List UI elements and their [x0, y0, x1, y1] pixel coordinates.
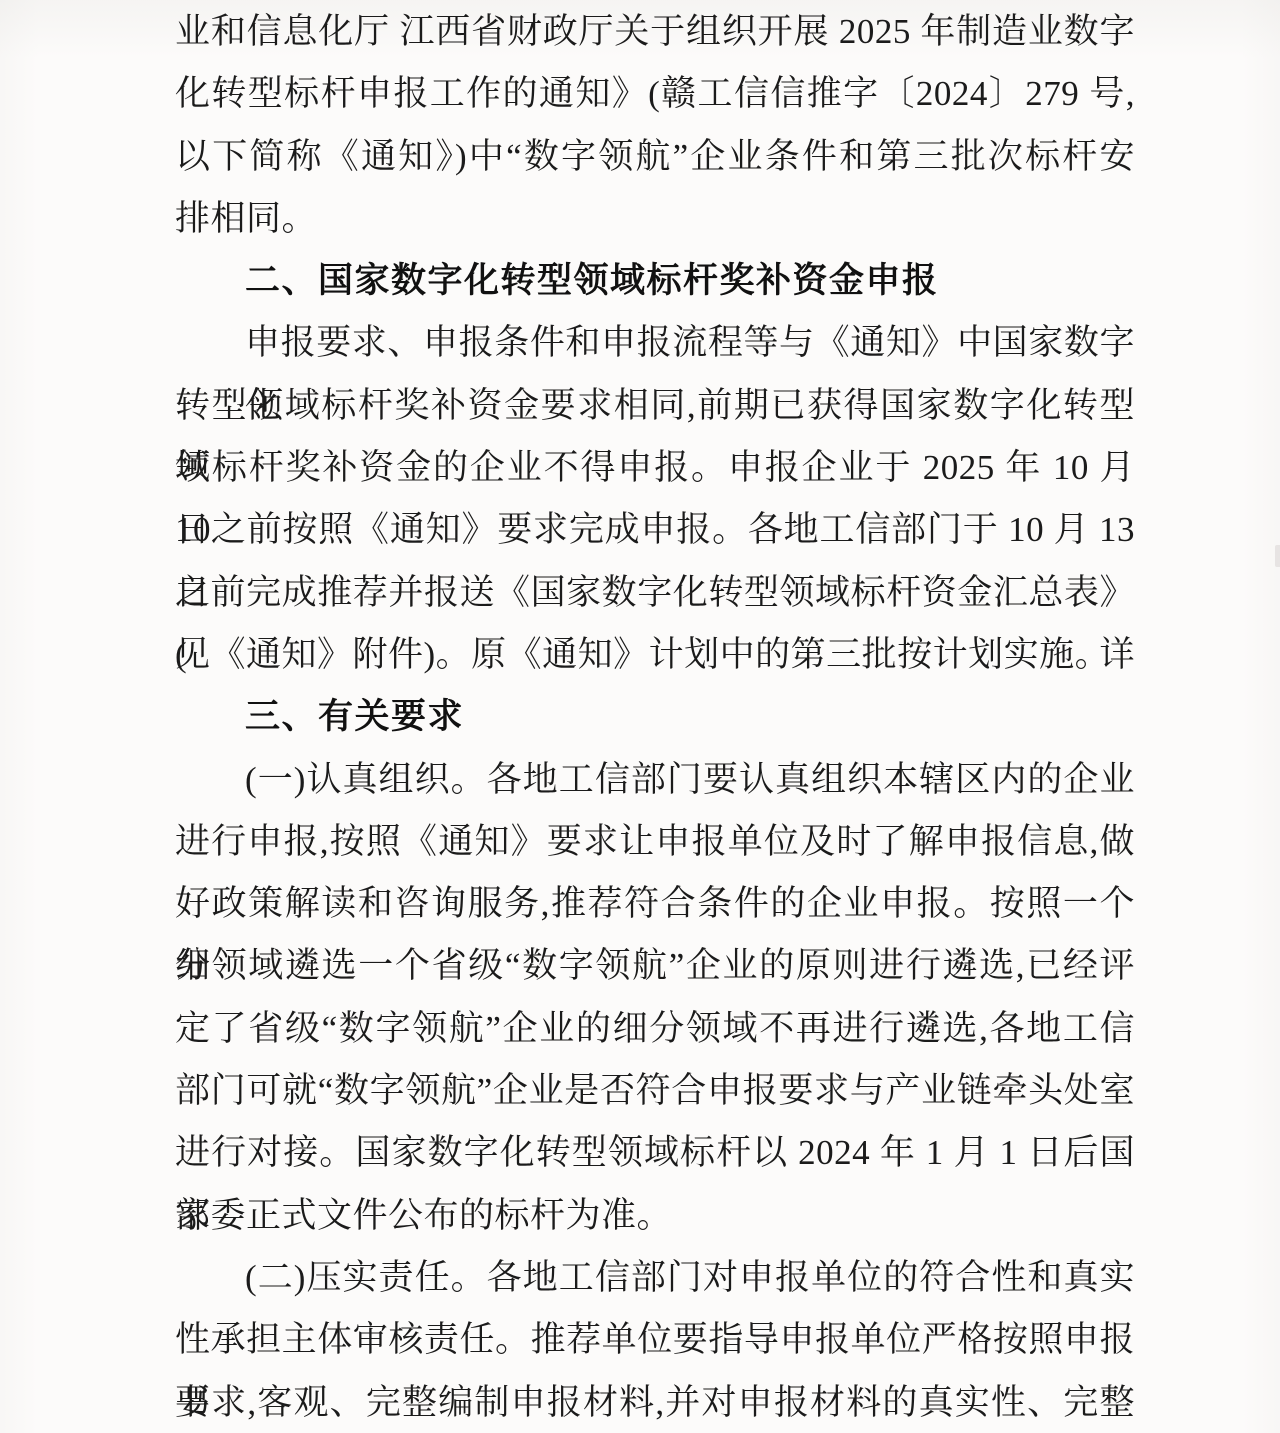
section-3: 三、有关要求 (一)认真组织。各地工信部门要认真组织本辖区内的企业 进行申报,按… [175, 686, 1135, 1433]
text-line: 性承担主体审核责任。推荐单位要指导申报单位严格按照申报书 [175, 1309, 1135, 1371]
text-line: (一)认真组织。各地工信部门要认真组织本辖区内的企业 [175, 749, 1135, 811]
text-line: 见《通知》附件)。原《通知》计划中的第三批按计划实施。 [175, 624, 1135, 686]
text-line: 分领域遴选一个省级“数字领航”企业的原则进行遴选,已经评 [175, 935, 1135, 997]
section-heading-2: 二、国家数字化转型领域标杆奖补资金申报 [175, 250, 1135, 312]
text-line: 之前完成推荐并报送《国家数字化转型领域标杆资金汇总表》(详 [175, 562, 1135, 624]
text-line: 日之前按照《通知》要求完成申报。各地工信部门于 10 月 13 日 [175, 499, 1135, 561]
text-line: (二)压实责任。各地工信部门对申报单位的符合性和真实 [175, 1247, 1135, 1309]
text-line: 进行申报,按照《通知》要求让申报单位及时了解申报信息,做 [175, 811, 1135, 873]
text-line: 定了省级“数字领航”企业的细分领域不再进行遴选,各地工信 [175, 998, 1135, 1060]
text-line: 业和信息化厅 江西省财政厅关于组织开展 2025 年制造业数字 [175, 1, 1135, 63]
document-page: 业和信息化厅 江西省财政厅关于组织开展 2025 年制造业数字 化转型标杆申报工… [0, 0, 1280, 1433]
text-line: 转型领域标杆奖补资金要求相同,前期已获得国家数字化转型领 [175, 375, 1135, 437]
text-line: 部门可就“数字领航”企业是否符合申报要求与产业链牵头处室 [175, 1060, 1135, 1122]
text-line: 以下简称《通知》)中“数字领航”企业条件和第三批次标杆安 [175, 126, 1135, 188]
text-line: 域标杆奖补资金的企业不得申报。申报企业于 2025 年 10 月 10 [175, 437, 1135, 499]
text-line: 部委正式文件公布的标杆为准。 [175, 1185, 1135, 1247]
text-line: 好政策解读和咨询服务,推荐符合条件的企业申报。按照一个细 [175, 873, 1135, 935]
section-heading-3: 三、有关要求 [175, 686, 1135, 748]
text-line: 化转型标杆申报工作的通知》(赣工信信推字〔2024〕279 号, [175, 63, 1135, 125]
text-line: 申报要求、申报条件和申报流程等与《通知》中国家数字化 [175, 312, 1135, 374]
text-line: 要求,客观、完整编制申报材料,并对申报材料的真实性、完整 [175, 1372, 1135, 1433]
paragraph-continuation: 业和信息化厅 江西省财政厅关于组织开展 2025 年制造业数字 化转型标杆申报工… [175, 1, 1135, 250]
text-line: 排相同。 [175, 188, 1135, 250]
text-line: 进行对接。国家数字化转型领域标杆以 2024 年 1 月 1 日后国家 [175, 1122, 1135, 1184]
section-2: 二、国家数字化转型领域标杆奖补资金申报 申报要求、申报条件和申报流程等与《通知》… [175, 250, 1135, 686]
